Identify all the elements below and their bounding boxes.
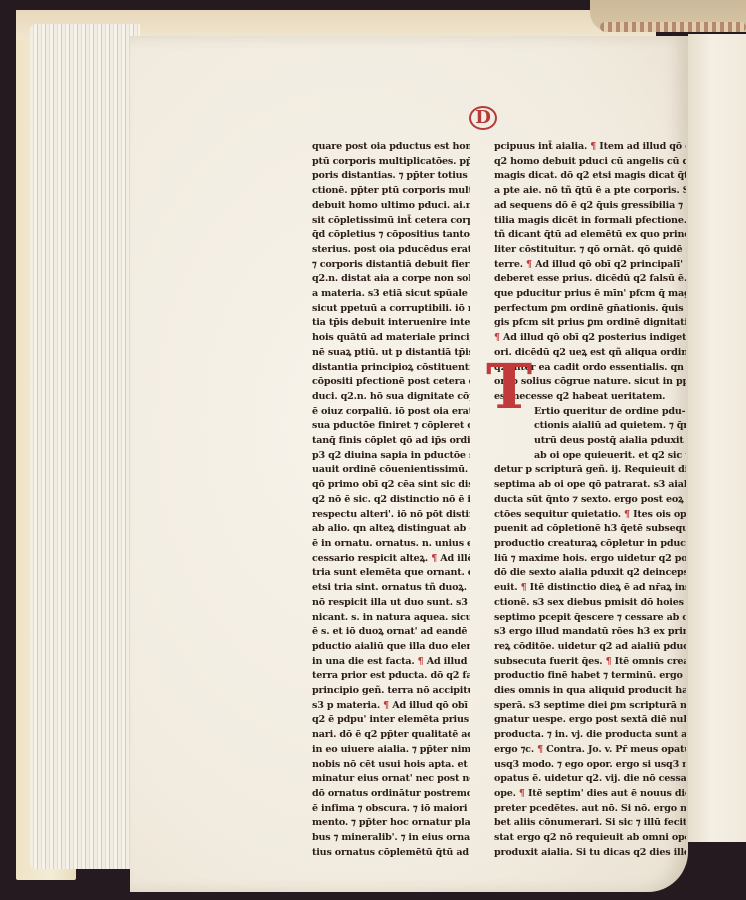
pilcrow-icon: ¶ [431, 553, 437, 564]
text-line: ctōes sequitur quietatio. ¶ Ites ois opa… [494, 508, 686, 523]
text-line: ctionē. s3 sex diebus pmisit dō hoies op… [494, 596, 686, 611]
text-line: preter pcedētes. aut nō. Si nō. ergo nō … [494, 802, 686, 817]
text-line: que pducitur prius ē mīn' pfcm q̄ magis [494, 287, 686, 302]
pilcrow-icon: ¶ [494, 332, 500, 343]
text-line: q2 homo debuit pduci cū angelis cū quibu… [494, 155, 686, 170]
text-line: tñ dicant q̄tū ad elemētū ex quo princip… [494, 228, 686, 243]
text-line: sperā. s3 septime diei ꝑm scripturā nō a… [494, 699, 686, 714]
text-line: a pte aie. nō tñ q̄tū ē a pte corporis. … [494, 184, 686, 199]
text-line: uauit ordinē cōuenientissimū. ¶ Ad illō … [312, 463, 470, 478]
pilcrow-icon: ¶ [526, 259, 532, 270]
text-line: nē suaꝝ ptiū. ut p distantiā tp̄is intel… [312, 346, 470, 361]
text-line: p3 q2 diuina sapia in pductōe sensibiliū… [312, 449, 470, 464]
text-column-left: quare post oia pductus est homo.s. pp̄te… [312, 140, 470, 860]
text-line: ducta sūt q̄nto ⁊ sexto. ergo post eoꝝ p… [494, 493, 686, 508]
text-line: bet aliis cōnumerari. Si sic ⁊ illū feci… [494, 816, 686, 831]
text-line: ē infima ⁊ obscura. ⁊ iō maiori indiget … [312, 802, 470, 817]
text-line: productio finē habet ⁊ terminū. ergo sim… [494, 669, 686, 684]
text-line: ē s. et iō duoꝝ ornat' ad eandē diē spec… [312, 625, 470, 640]
text-line: q2 nō ē sic. q2 distinctio nō ē in uno e… [312, 493, 470, 508]
text-line: hois quātū ad materiale principiū ⁊ cōiū… [312, 331, 470, 346]
text-line: mento. ⁊ pp̄ter hoc ornatur plantis ⁊ ai… [312, 816, 470, 831]
text-line: ab oi ope quieuerit. et q2 sic ui- [494, 449, 686, 464]
pilcrow-icon: ¶ [418, 656, 424, 667]
text-line: deberet esse prius. dicēdū q2 falsū ē. q… [494, 272, 686, 287]
text-line: q̄d cōpletius ⁊ cōpositius tanto pfectiu… [312, 228, 470, 243]
facing-page [688, 34, 746, 842]
text-line: liū ⁊ maxime hois. ergo uidetur q2 postq… [494, 552, 686, 567]
text-line: subsecuta fuerit q̄es. ¶ Itē omnis creat… [494, 655, 686, 670]
text-line: ope. ¶ Itē septim' dies aut ē nouus dies [494, 787, 686, 802]
pilcrow-icon: ¶ [537, 744, 543, 755]
text-line: pcipuus int̄ aialia. ¶ Item ad illud qō … [494, 140, 686, 155]
text-line: tilia magis dicēt in formali pfectione. … [494, 214, 686, 229]
text-line: sua pductōe finiret ⁊ cōpleret oia pcede… [312, 419, 470, 434]
text-line: respectu alteri'. iō nō pōt distingui un… [312, 508, 470, 523]
text-line: puenit ad cōpletionē h3 q̄etē subsequētē… [494, 522, 686, 537]
text-line: produxit aialia. Si tu dicas q2 dies ill… [494, 846, 686, 861]
folio-mark: D [469, 106, 497, 130]
text-line: debuit homo ultimo pduci. ai.n. corpus e… [312, 199, 470, 214]
page-edges [30, 24, 140, 869]
text-line: a materia. s3 etiā sicut spūale ⁊ corpor… [312, 287, 470, 302]
text-line: sicut ppetuū a corruptibili. iō magna di… [312, 302, 470, 317]
text-line: reꝝ cōditōe. uidetur q2 ad aialiū pducti… [494, 640, 686, 655]
pilcrow-icon: ¶ [383, 700, 389, 711]
text-line: cessario respicit alteꝝ. ¶ Ad illō qō ob… [312, 552, 470, 567]
text-line: q2 ē pdpu' inter elemēta prius deberet o… [312, 713, 470, 728]
text-line: s3 p materia. ¶ Ad illud qō obī de igne … [312, 699, 470, 714]
text-line: gis pfcm sit prius ꝑm ordinē dignitatis. [494, 316, 686, 331]
text-line: dies omnis in qua aliquid producit habz … [494, 684, 686, 699]
text-line: terra prior est pducta. dō q2 falsū est.… [312, 669, 470, 684]
text-line: minatur eius ornat' nec post nec antea. … [312, 772, 470, 787]
text-line: nicant. s. in natura aquea. sicut determ… [312, 611, 470, 626]
rubricated-initial: T [486, 357, 530, 417]
text-line: ab alio. qn alteꝝ distinguat ab eo. non … [312, 522, 470, 537]
text-line: pductio aialiū que illa duo elemēta orna… [312, 640, 470, 655]
text-line: producta. ⁊ in. vj. die producta sunt ai… [494, 728, 686, 743]
text-line: in una die est facta. ¶ Ad illud qō obī … [312, 655, 470, 670]
text-line: poris distantias. ⁊ pp̄ter totius vniuer… [312, 169, 470, 184]
text-line: stat ergo q2 nō requieuit ab omni ope po… [494, 831, 686, 846]
text-line: septima ab oi ope qō patrarat. s3 aialia… [494, 478, 686, 493]
text-line: tanq̄ finis cōplet qō ad ip̄s ordinari h… [312, 434, 470, 449]
text-line: nobis nō cēt usui hois apta. et iō nō de… [312, 758, 470, 773]
text-line: ctionē. pp̄ter ptū corporis multiplicati… [312, 184, 470, 199]
headband-cord [600, 22, 746, 32]
text-line: q2.n. distat aia a corpe non solū sicut … [312, 272, 470, 287]
text-line: principio geñ. terra nō accipitur p elem… [312, 684, 470, 699]
text-line: tius ornatus cōplemētū q̄tū ad hoiem qui… [312, 846, 470, 861]
pilcrow-icon: ¶ [519, 788, 525, 799]
text-line: terre. ¶ Ad illud qō obī q2 principalī' … [494, 258, 686, 273]
text-line: distantia principioꝝ cōstituentiū pp̄ter… [312, 361, 470, 376]
text-line: ē oiuz corpaliū. iō post oia erat pducēd… [312, 405, 470, 420]
pilcrow-icon: ¶ [590, 141, 596, 152]
text-line: opatus ē. uidetur q2. vij. die nō cessau… [494, 772, 686, 787]
text-line: magis dicat. dō q2 etsi magis dicat q̄tū… [494, 169, 686, 184]
text-line: perfectum ꝑm ordinē gn̄ationis. q̄uis ma… [494, 302, 686, 317]
text-line: s3 ergo illud mandatū rōes h3 ex primari… [494, 625, 686, 640]
text-line: ptū corporis multiplicatōes. pp̄t aie ⁊ … [312, 155, 470, 170]
text-line: ⁊ corporis distantiā debuit fieri post c… [312, 258, 470, 273]
text-line: ē in ornatu. ornatus. n. unius elementi … [312, 537, 470, 552]
text-column-right: pcipuus int̄ aialia. ¶ Item ad illud qō … [494, 140, 686, 860]
text-line: tia tp̄is debuit interuenire inter pduct… [312, 316, 470, 331]
text-line: septimo pcepit q̄escere ⁊ cessare ab oi … [494, 611, 686, 626]
text-line: sterius. post oia pducēdus erat pp̄ter a… [312, 243, 470, 258]
text-line: gnatur uespe. ergo post sextā diē nulla … [494, 713, 686, 728]
text-line: dō ornatus ordinātur postremo p eo q2 ip… [312, 787, 470, 802]
text-line: cōpositi pfectionē post cetera debuit hō… [312, 375, 470, 390]
text-line: dō die sexto aialia pduxit q2 deinceps r… [494, 566, 686, 581]
pilcrow-icon: ¶ [521, 582, 527, 593]
text-line: productio creaturaꝝ cōpletur in pductōe … [494, 537, 686, 552]
text-line: usq3 modo. ⁊ ego opor. ergo si usq3 modo [494, 758, 686, 773]
text-line: bus ⁊ mineralib'. ⁊ in eius ornatu cōsis… [312, 831, 470, 846]
text-line: in eo uiuere aialia. ⁊ pp̄ter nimiā dist… [312, 743, 470, 758]
pilcrow-icon: ¶ [606, 656, 612, 667]
text-line: quare post oia pductus est homo.s. pp̄te… [312, 140, 470, 155]
text-line: sit cōpletissimū int̄ cetera corpa. et q… [312, 214, 470, 229]
text-line: tria sunt elemēta que ornant. ergo ⁊c. d… [312, 566, 470, 581]
text-line: ad sequens dō ē q2 q̄uis gressibilia ⁊ u… [494, 199, 686, 214]
text-line: duci. q2.n. hō sua dignitate cōplemēto f… [312, 390, 470, 405]
text-line: liter cōstituitur. ⁊ qō ornāt. qō quidē … [494, 243, 686, 258]
pilcrow-icon: ¶ [624, 509, 630, 520]
text-line: ¶ Ad illud qō obī q2 posterius indiget p… [494, 331, 686, 346]
text-line: euit. ¶ Itē distinctio dieꝝ ē ad nr̄aꝝ i… [494, 581, 686, 596]
text-line: detur p scripturā geñ. ij. Requieuit die… [494, 463, 686, 478]
text-line: utrū deus postq̄ aialia pduxit [494, 434, 686, 449]
text-line: nari. dō ē q2 pp̄ter qualitatē actiuā nō… [312, 728, 470, 743]
text-line: ergo ⁊c. ¶ Contra. Jo. v. Pr̄ meus opatu… [494, 743, 686, 758]
text-line: qō primo obī q2 cēa sint sic distincta. … [312, 478, 470, 493]
text-line: nō respicit illa ut duo sunt. s3 ut in u… [312, 596, 470, 611]
text-line: etsi tria sint. ornatus tñ duoꝝ. s. aeri… [312, 581, 470, 596]
